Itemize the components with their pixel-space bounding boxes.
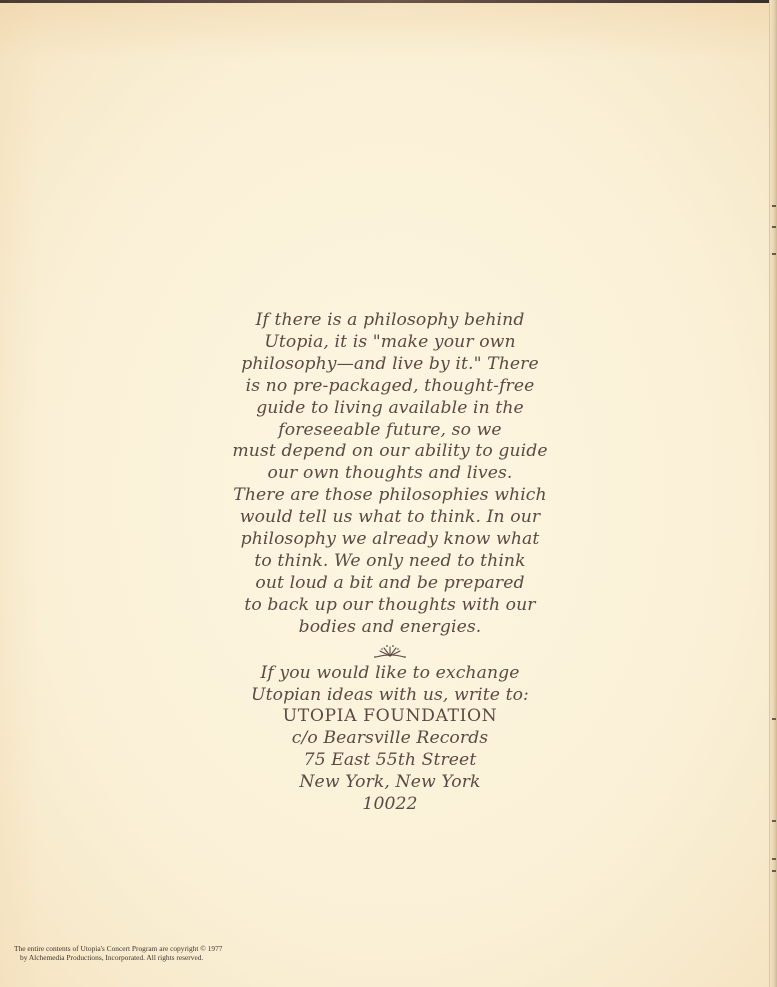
philosophy-line: If there is a philosophy behind [200, 310, 580, 332]
copyright-line: by Alchemedia Productions, Incorporated.… [14, 953, 223, 962]
philosophy-line: our own thoughts and lives. [200, 463, 580, 485]
philosophy-line: would tell us what to think. In our [200, 507, 580, 529]
philosophy-statement: If there is a philosophy behind Utopia, … [200, 310, 580, 816]
page-top-edge [0, 0, 777, 3]
philosophy-line: foreseeable future, so we [200, 420, 580, 442]
philosophy-line: is no pre-packaged, thought-free [200, 376, 580, 398]
address-care-of: c/o Bearsville Records [200, 728, 580, 750]
page-right-edge [769, 0, 777, 987]
philosophy-paragraph: If there is a philosophy behind Utopia, … [200, 310, 580, 639]
address-zip: 10022 [200, 794, 580, 816]
copyright-notice: The entire contents of Utopia's Concert … [14, 944, 223, 962]
invitation-paragraph: If you would like to exchange Utopian id… [200, 663, 580, 707]
address-street: 75 East 55th Street [200, 750, 580, 772]
philosophy-line: must depend on our ability to guide [200, 441, 580, 463]
address-city-state: New York, New York [200, 772, 580, 794]
philosophy-line: Utopia, it is "make your own [200, 332, 580, 354]
sunburst-ornament-icon [370, 641, 410, 663]
philosophy-line: to back up our thoughts with our [200, 595, 580, 617]
mailing-address: UTOPIA FOUNDATION c/o Bearsville Records… [200, 706, 580, 816]
philosophy-line: to think. We only need to think [200, 551, 580, 573]
program-page: If there is a philosophy behind Utopia, … [0, 0, 777, 987]
philosophy-line: bodies and energies. [200, 617, 580, 639]
invitation-line: If you would like to exchange [200, 663, 580, 685]
invitation-line: Utopian ideas with us, write to: [200, 685, 580, 707]
philosophy-line: There are those philosophies which [200, 485, 580, 507]
address-organization: UTOPIA FOUNDATION [200, 706, 580, 728]
philosophy-line: philosophy we already know what [200, 529, 580, 551]
philosophy-line: out loud a bit and be prepared [200, 573, 580, 595]
philosophy-line: philosophy—and live by it." There [200, 354, 580, 376]
copyright-line: The entire contents of Utopia's Concert … [14, 944, 223, 953]
philosophy-line: guide to living available in the [200, 398, 580, 420]
